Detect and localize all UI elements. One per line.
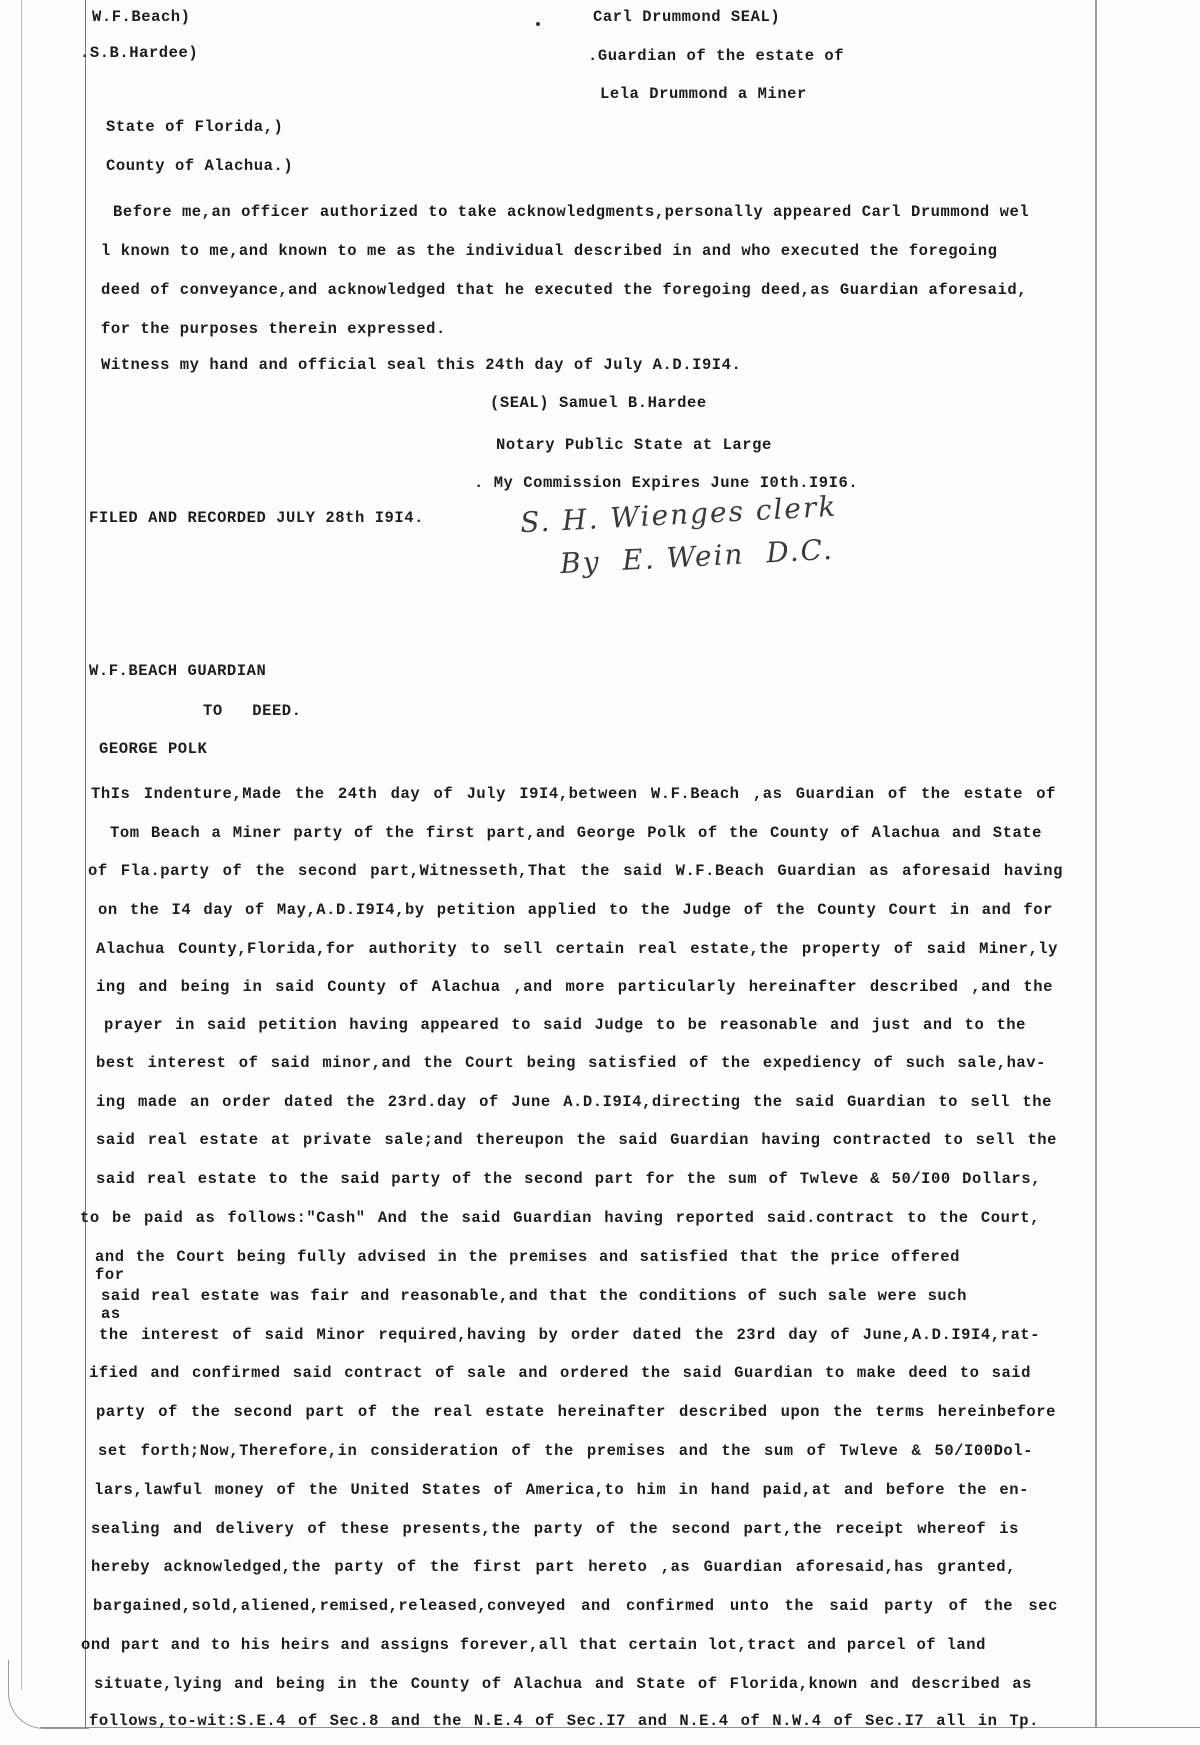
deed-body-line: best interest of said minor,and the Cour… xyxy=(96,1054,1046,1072)
notary-name: (SEAL) Samuel B.Hardee xyxy=(490,394,707,412)
grantor-signature: Carl Drummond SEAL) xyxy=(593,8,780,26)
deed-heading-to-deed: TO DEED. xyxy=(203,702,302,720)
deed-body-line: the interest of said Minor required,havi… xyxy=(99,1326,1040,1344)
witness-statement: Witness my hand and official seal this 2… xyxy=(101,356,741,374)
deed-body-line: party of the second part of the real est… xyxy=(96,1403,1056,1421)
deed-body-line: said real estate was fair and reasonable… xyxy=(101,1287,967,1323)
deed-body-line: follows,to-wit:S.E.4 of Sec.8 and the N.… xyxy=(89,1712,1039,1730)
acknowledgment-line: deed of conveyance,and acknowledged that… xyxy=(101,281,1027,299)
deed-body-line: and the Court being fully advised in the… xyxy=(95,1248,960,1284)
outer-page-edge-line xyxy=(21,0,22,1690)
deed-body-line: bargained,sold,aliened,remised,released,… xyxy=(93,1597,1058,1615)
deed-body-line: ified and confirmed said contract of sal… xyxy=(89,1364,1031,1382)
deed-heading-grantor: W.F.BEACH GUARDIAN xyxy=(89,662,266,680)
deed-body-line: Tom Beach a Miner party of the first par… xyxy=(110,824,1042,842)
acknowledgment-line: Before me,an officer authorized to take … xyxy=(113,203,1029,221)
deed-body-line: ThIs Indenture,Made the 24th day of July… xyxy=(91,785,1056,803)
deed-body-line: to be paid as follows:"Cash" And the sai… xyxy=(80,1209,1040,1227)
deed-body-line: ing made an order dated the 23rd.day of … xyxy=(96,1093,1052,1111)
deed-body-line: situate,lying and being in the County of… xyxy=(94,1675,1032,1693)
deed-body-line: on the I4 day of May,A.D.I9I4,by petitio… xyxy=(98,901,1053,919)
deed-body-line: hereby acknowledged,the party of the fir… xyxy=(91,1558,1016,1576)
deed-body-line: Alachua County,Florida,for authority to … xyxy=(96,940,1058,958)
deed-body-line: said real estate to the said party of th… xyxy=(96,1170,1041,1188)
left-margin-rule xyxy=(85,0,86,1728)
acknowledgment-line: l known to me,and known to me as the ind… xyxy=(101,242,998,260)
scanned-deed-page: W.F.Beach) .S.B.Hardee) Carl Drummond SE… xyxy=(0,0,1200,1745)
deed-body-line: of Fla.party of the second part,Witnesse… xyxy=(88,862,1063,880)
notary-title: Notary Public State at Large xyxy=(496,436,772,454)
deputy-clerk-handwritten-signature: By E. Wein D.C. xyxy=(559,533,834,580)
deed-body-line: ing and being in said County of Alachua … xyxy=(96,978,1053,996)
deed-body-line: sealing and delivery of these presents,t… xyxy=(91,1520,1019,1538)
ink-speck xyxy=(536,22,540,26)
clerk-handwritten-signature: S. H. Wienges clerk xyxy=(519,490,838,540)
page-curved-corner xyxy=(8,1660,89,1729)
deed-body-line: lars,lawful money of the United States o… xyxy=(94,1481,1029,1499)
right-margin-rule xyxy=(1095,0,1097,1728)
venue-state: State of Florida,) xyxy=(106,118,283,136)
deed-body-line: prayer in said petition having appeared … xyxy=(104,1016,1026,1034)
witness-2-name: .S.B.Hardee) xyxy=(80,44,198,62)
deed-body-line: ond part and to his heirs and assigns fo… xyxy=(81,1636,986,1654)
grantor-title-line-2: Lela Drummond a Miner xyxy=(600,85,807,103)
deed-heading-grantee: GEORGE POLK xyxy=(99,740,207,758)
deed-body-line: said real estate at private sale;and the… xyxy=(96,1131,1057,1149)
witness-1-name: W.F.Beach) xyxy=(92,8,191,26)
acknowledgment-line: for the purposes therein expressed. xyxy=(101,320,446,338)
venue-county: County of Alachua.) xyxy=(106,157,293,175)
notary-commission-expiry: . My Commission Expires June I0th.I9I6. xyxy=(474,474,858,492)
grantor-title-line-1: .Guardian of the estate of xyxy=(588,47,844,65)
filed-and-recorded-stamp: FILED AND RECORDED JULY 28th I9I4. xyxy=(89,509,424,527)
deed-body-line: set forth;Now,Therefore,in consideration… xyxy=(98,1442,1033,1460)
